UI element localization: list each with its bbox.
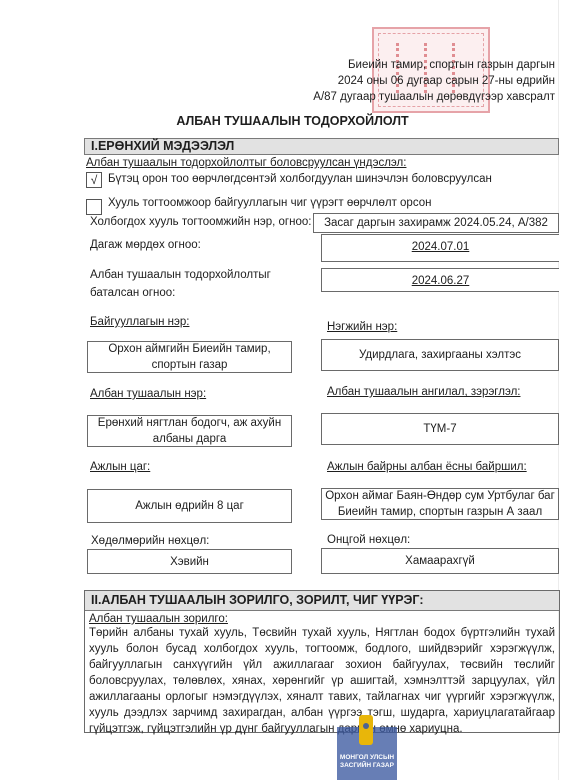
related-law-field: Засаг даргын захирамж 2024.05.24, А/382 [313,213,559,233]
position-value-line: Ерөнхий нягтлан бодогч, аж ахуйн [98,415,281,431]
option-1-label: Бүтэц орон тоо өөрчлөгдсөнтэй холбогдуул… [108,173,492,185]
document-title: АЛБАН ТУШААЛЫН ТОДОРХОЙЛОЛТ [0,114,585,128]
classification-field: ТҮМ-7 [321,413,559,445]
annex-header-line: А/87 дугаар тушаалын дөрөвдүгээр хавсрал… [313,89,555,105]
effective-date-field: 2024.07.01 [321,234,559,262]
position-field: Ерөнхий нягтлан бодогч, аж ахуйн албаны … [87,415,292,447]
purpose-label: Албан тушаалын зорилго: [85,611,559,625]
annex-header-line: 2024 оны 06 дугаар сарын 27-ны өдрийн [313,73,555,89]
approved-date-label-line: баталсан огноо: [90,284,271,302]
position-label: Албан тушаалын нэр: [90,388,206,400]
work-hours-value: Ажлын өдрийн 8 цаг [135,498,244,514]
section-2: II.АЛБАН ТУШААЛЫН ЗОРИЛГО, ЗОРИЛТ, ЧИГ Ү… [84,590,560,733]
work-conditions-label: Хөдөлмөрийн нөхцөл: [91,534,209,548]
related-law-label: Холбогдох хууль тогтоомжийн нэр, огноо: [90,213,311,231]
organization-value-line: спортын газар [152,357,228,373]
section-1-heading: I.ЕРӨНХИЙ МЭДЭЭЛЭЛ [84,138,559,155]
classification-value: ТҮМ-7 [423,421,456,437]
approved-date-field: 2024.06.27 [321,268,559,292]
unit-field: Удирдлага, захиргааны хэлтэс [321,339,559,371]
option-1-checkbox[interactable]: √ [86,172,102,188]
purpose-text: Төрийн албаны тухай хууль, Төсвийн тухай… [85,625,559,737]
work-conditions-field: Хэвийн [87,549,292,574]
effective-date-value: 2024.07.01 [412,239,470,255]
annex-header-line: Биеийн тамир, спортын газрын даргын [313,57,555,73]
option-2-label: Хууль тогтоомжоор байгууллагын чиг үүрэг… [108,197,431,209]
related-law-value: Засаг даргын захирамж 2024.05.24, А/382 [324,215,548,231]
workplace-value-line: Биеийн тамир, спортын газрын А заал [338,504,542,520]
approved-date-label: Албан тушаалын тодорхойлолтыг баталсан о… [90,266,271,302]
organization-field: Орхон аймгийн Биеийн тамир, спортын газа… [87,341,292,373]
workplace-field: Орхон аймаг Баян-Өндөр сум Уртбулаг баг … [321,488,559,520]
position-value-line: албаны дарга [153,431,226,447]
workplace-value-line: Орхон аймаг Баян-Өндөр сум Уртбулаг баг [325,488,555,504]
organization-label: Байгууллагын нэр: [90,316,189,328]
work-conditions-value: Хэвийн [170,554,209,570]
basis-label: Албан тушаалын тодорхойлолтыг боловсруул… [86,157,406,169]
effective-date-label: Дагаж мөрдөх огноо: [90,236,201,254]
special-conditions-field: Хамаарахгүй [321,548,559,574]
special-conditions-label: Онцгой нөхцөл: [327,533,410,547]
work-hours-label: Ажлын цаг: [90,461,150,473]
watermark-line: МОНГОЛ УЛСЫН [337,754,397,762]
work-hours-field: Ажлын өдрийн 8 цаг [87,489,292,523]
soyombo-emblem-icon [359,715,373,745]
workplace-label: Ажлын байрны албан ёсны байршил: [327,461,527,473]
organization-value-line: Орхон аймгийн Биеийн тамир, [108,341,270,357]
watermark-line: ЗАСГИЙН ГАЗАР [337,762,397,770]
special-conditions-value: Хамаарахгүй [405,553,475,569]
unit-value: Удирдлага, захиргааны хэлтэс [359,347,521,363]
approved-date-value: 2024.06.27 [412,273,470,289]
section-2-heading: II.АЛБАН ТУШААЛЫН ЗОРИЛГО, ЗОРИЛТ, ЧИГ Ү… [85,591,559,611]
government-watermark: МОНГОЛ УЛСЫН ЗАСГИЙН ГАЗАР [337,727,397,780]
classification-label: Албан тушаалын ангилал, зэрэглэл: [327,386,520,398]
unit-label: Нэгжийн нэр: [327,321,397,333]
annex-header: Биеийн тамир, спортын газрын даргын 2024… [313,57,555,105]
approved-date-label-line: Албан тушаалын тодорхойлолтыг [90,266,271,284]
